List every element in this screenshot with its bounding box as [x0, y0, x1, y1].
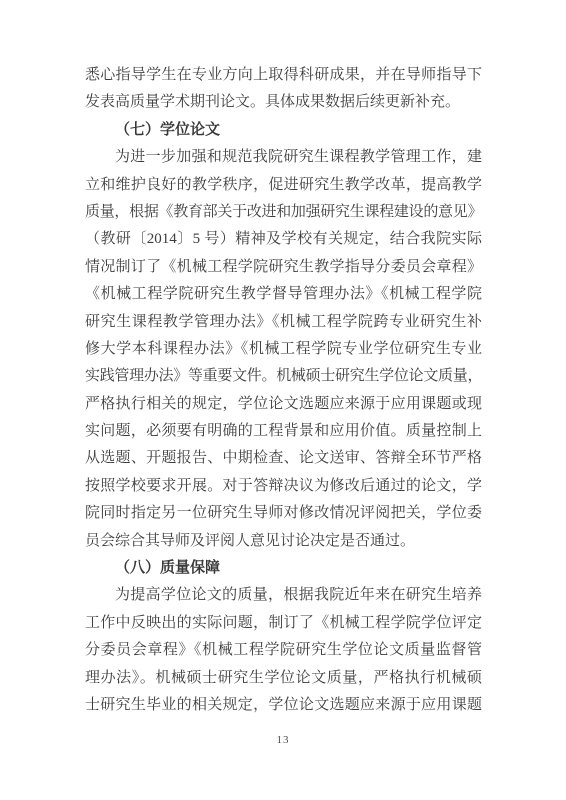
text-line: 修大学本科课程办法》《机械工程学院专业学位研究生专业 [85, 336, 482, 363]
text-line: 按照学校要求开展。对于答辩决议为修改后通过的论文，学 [85, 473, 482, 500]
section-heading-degree-thesis: （七）学位论文 [85, 117, 482, 144]
text-line: 发表高质量学术期刊论文。具体成果数据后续更新补充。 [85, 89, 482, 116]
text-line: 悉心指导学生在专业方向上取得科研成果，并在导师指导下 [85, 62, 482, 89]
text-line: 为提高学位论文的质量，根据我院近年来在研究生培养 [85, 582, 482, 609]
text-line: 实问题，必须要有明确的工程背景和应用价值。质量控制上 [85, 418, 482, 445]
text-line: 为进一步加强和规范我院研究生课程教学管理工作，建 [85, 144, 482, 171]
text-line: 分委员会章程》《机械工程学院研究生学位论文质量监督管 [85, 637, 482, 664]
text-line: 员会综合其导师及评阅人意见讨论决定是否通过。 [85, 528, 482, 555]
text-line: 情况制订了《机械工程学院研究生教学指导分委员会章程》 [85, 254, 482, 281]
text-line: （教研〔2014〕5 号）精神及学校有关规定，结合我院实际 [85, 226, 482, 253]
text-line: 立和维护良好的教学秩序，促进研究生教学改革，提高教学 [85, 172, 482, 199]
text-line: 院同时指定另一位研究生导师对修改情况评阅把关，学位委 [85, 500, 482, 527]
text-line: 质量，根据《教育部关于改进和加强研究生课程建设的意见》 [85, 199, 482, 226]
text-line: 实践管理办法》等重要文件。机械硕士研究生学位论文质量， [85, 363, 482, 390]
text-line: 士研究生毕业的相关规定，学位论文选题应来源于应用课题 [85, 692, 482, 719]
page-number: 13 [0, 734, 566, 746]
document-page: 悉心指导学生在专业方向上取得科研成果，并在导师指导下 发表高质量学术期刊论文。具… [0, 0, 566, 800]
section-heading-quality-assurance: （八）质量保障 [85, 555, 482, 582]
text-line: 从选题、开题报告、中期检查、论文送审、答辩全环节严格 [85, 445, 482, 472]
text-line: 理办法》。机械硕士研究生学位论文质量，严格执行机械硕 [85, 665, 482, 692]
document-text-block: 悉心指导学生在专业方向上取得科研成果，并在导师指导下 发表高质量学术期刊论文。具… [85, 62, 482, 719]
text-line: 研究生课程教学管理办法》《机械工程学院跨专业研究生补 [85, 309, 482, 336]
text-line: 严格执行相关的规定，学位论文选题应来源于应用课题或现 [85, 391, 482, 418]
text-line: 《机械工程学院研究生教学督导管理办法》《机械工程学院 [85, 281, 482, 308]
text-line: 工作中反映出的实际问题，制订了《机械工程学院学位评定 [85, 610, 482, 637]
